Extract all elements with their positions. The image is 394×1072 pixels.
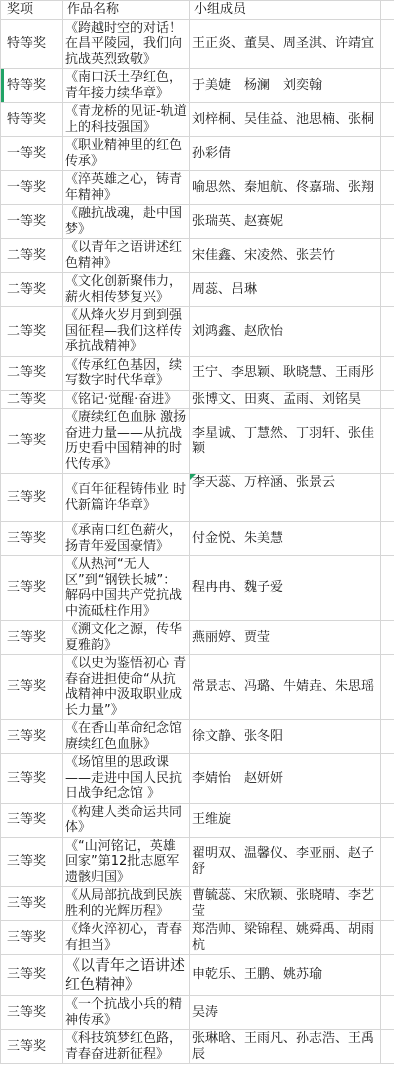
title-cell[interactable]: 《青龙桥的见证-轨道上的科技强国》	[63, 103, 190, 137]
empty-cell[interactable]	[381, 205, 394, 239]
empty-cell[interactable]	[381, 409, 394, 474]
title-cell[interactable]: 《科技筑梦红色路，青春奋进新征程》	[63, 1030, 190, 1064]
title-cell[interactable]: 《从烽火岁月到到强国征程—我们这样传承抗战精神》	[63, 307, 190, 357]
members-cell[interactable]: 李星诚、丁慧然、丁羽轩、张佳颖	[190, 409, 381, 474]
award-text: 二等奖	[7, 282, 46, 297]
award-cell[interactable]: 二等奖	[1, 390, 63, 409]
table-row: 三等奖《构建人类命运共同体》王维旋	[1, 803, 394, 837]
empty-cell[interactable]	[381, 239, 394, 273]
members-text: 燕丽婷、贾莹	[192, 630, 270, 645]
award-text: 一等奖	[7, 214, 46, 229]
empty-cell[interactable]	[381, 356, 394, 390]
award-cell[interactable]: 三等奖	[1, 556, 63, 621]
award-text: 三等奖	[7, 896, 46, 911]
members-text: 吴涛	[192, 1005, 218, 1020]
members-text: 王维旋	[192, 812, 231, 827]
members-cell[interactable]: 徐文静、张冬阳	[190, 720, 381, 754]
award-cell[interactable]: 二等奖	[1, 307, 63, 357]
table-row: 三等奖《以史为鉴悟初心 青春奋进担使命“从抗战精神中汲取职业成长力量”》常景志、…	[1, 655, 394, 720]
award-text: 三等奖	[7, 490, 46, 505]
award-cell[interactable]: 三等奖	[1, 803, 63, 837]
award-cell[interactable]: 三等奖	[1, 754, 63, 804]
table-row: 特等奖《跨越时空的对话！在昌平陵园，我们向抗战英烈致敬》王正炎、董昊、周圣淇、许…	[1, 19, 394, 69]
title-cell[interactable]: 《在香山革命纪念馆赓续红色血脉》	[63, 720, 190, 754]
members-text: 付金悦、朱美慧	[192, 531, 283, 546]
members-cell[interactable]: 吴涛	[190, 996, 381, 1030]
empty-cell[interactable]	[381, 996, 394, 1030]
members-text: 刘鸿鑫、赵欣怡	[192, 324, 283, 339]
table-row: 三等奖《科技筑梦红色路，青春奋进新征程》张琳晗、王雨凡、孙志浩、王禹辰	[1, 1030, 394, 1064]
award-cell[interactable]: 二等奖	[1, 356, 63, 390]
award-cell[interactable]: 三等奖	[1, 655, 63, 720]
members-cell[interactable]: 张琳晗、王雨凡、孙志浩、王禹辰	[190, 1030, 381, 1064]
members-text: 王宁、李思颖、耿晓慧、王雨彤	[192, 365, 374, 380]
award-text: 特等奖	[7, 78, 46, 93]
award-cell[interactable]: 特等奖	[1, 103, 63, 137]
title-text: 《铭记·觉醒·奋进》	[65, 392, 177, 407]
empty-cell[interactable]	[381, 307, 394, 357]
title-text: 《在香山革命纪念馆赓续红色血脉》	[65, 721, 182, 752]
title-text: 《青龙桥的见证-轨道上的科技强国》	[65, 104, 187, 135]
empty-cell[interactable]	[381, 273, 394, 307]
empty-cell[interactable]	[381, 556, 394, 621]
table-row: 特等奖《南口沃土孕红色，青年接力续华章》于美婕 杨澜 刘奕翰	[1, 69, 394, 103]
award-text: 特等奖	[7, 36, 46, 51]
table-row: 三等奖《烽火淬初心，青春有担当》郑浩帅、梁锦程、姚舜禹、胡雨杭	[1, 921, 394, 955]
table-row: 三等奖《承南口红色薪火，扬青年爱国豪情》付金悦、朱美慧	[1, 522, 394, 556]
members-text: 张博文、田爽、孟雨、刘铭昊	[192, 392, 361, 407]
title-text: 《职业精神里的红色传承》	[65, 138, 182, 169]
table-header: 奖项 作品名称 小组成员	[1, 1, 394, 20]
table-row: 三等奖《一个抗战小兵的精神传承》吴涛	[1, 996, 394, 1030]
members-text: 曹毓蕊、宋欣颖、张晓晴、李艺莹	[192, 888, 374, 919]
award-text: 三等奖	[7, 630, 46, 645]
table-row: 二等奖《文化创新聚伟力，薪火相传梦复兴》周蕊、吕琳	[1, 273, 394, 307]
header-award[interactable]: 奖项	[1, 1, 63, 20]
award-text: 三等奖	[7, 930, 46, 945]
award-cell[interactable]: 三等奖	[1, 474, 63, 522]
members-cell[interactable]: 于美婕 杨澜 刘奕翰	[190, 69, 381, 103]
title-cell[interactable]: 《赓续红色血脉 激扬奋进力量——从抗战历史看中国精神的时代传承》	[63, 409, 190, 474]
members-text: 周蕊、吕琳	[192, 282, 257, 297]
members-text: 张瑞英、赵赛妮	[192, 214, 283, 229]
title-cell[interactable]: 《承南口红色薪火，扬青年爱国豪情》	[63, 522, 190, 556]
members-cell[interactable]: 申乾乐、王鹏、姚苏瑜	[190, 955, 381, 996]
table-row: 三等奖《从局部抗战到民族胜利的光辉历程》曹毓蕊、宋欣颖、张晓晴、李艺莹	[1, 887, 394, 921]
table-row: 三等奖《溯文化之源，传华夏雅韵》燕丽婷、贾莹	[1, 621, 394, 655]
award-cell[interactable]: 特等奖	[1, 19, 63, 69]
table-row: 特等奖《青龙桥的见证-轨道上的科技强国》刘梓桐、吴佳益、池思楠、张桐	[1, 103, 394, 137]
members-cell-flagged[interactable]: 李天蕊、万梓涵、张景云	[190, 474, 381, 522]
title-text: 《百年征程铸伟业 时代新篇许华章》	[65, 482, 186, 513]
title-text: 《烽火淬初心，青春有担当》	[65, 922, 182, 953]
award-cell[interactable]: 三等奖	[1, 837, 63, 887]
title-text: 《从热河“无人区”到“钢铁长城”：解码中国共产党抗战中流砥柱作用》	[65, 557, 182, 619]
members-cell[interactable]: 付金悦、朱美慧	[190, 522, 381, 556]
title-text: 《“山河铭记，英雄回家”第12批志愿军遗骸归国》	[65, 839, 179, 885]
empty-cell[interactable]	[381, 754, 394, 804]
members-cell[interactable]: 刘鸿鑫、赵欣怡	[190, 307, 381, 357]
award-text: 三等奖	[7, 771, 46, 786]
members-cell[interactable]: 张博文、田爽、孟雨、刘铭昊	[190, 390, 381, 409]
award-cell[interactable]: 三等奖	[1, 996, 63, 1030]
award-text: 三等奖	[7, 679, 46, 694]
award-cell[interactable]: 三等奖	[1, 720, 63, 754]
title-text: 《从局部抗战到民族胜利的光辉历程》	[65, 888, 182, 919]
award-text: 三等奖	[7, 1039, 46, 1054]
table-row: 一等奖《融抗战魂，赴中国梦》张瑞英、赵赛妮	[1, 205, 394, 239]
members-text: 申乾乐、王鹏、姚苏瑜	[192, 967, 322, 982]
title-cell[interactable]: 《职业精神里的红色传承》	[63, 137, 190, 171]
empty-cell[interactable]	[381, 720, 394, 754]
award-text: 三等奖	[7, 854, 46, 869]
award-text: 三等奖	[7, 580, 46, 595]
table-row: 三等奖《从热河“无人区”到“钢铁长城”：解码中国共产党抗战中流砥柱作用》程冉冉、…	[1, 556, 394, 621]
table-row: 一等奖《职业精神里的红色传承》孙彩倩	[1, 137, 394, 171]
title-text: 《以青年之语讲述红色精神》	[65, 240, 182, 271]
title-cell[interactable]: 《构建人类命运共同体》	[63, 803, 190, 837]
award-cell[interactable]: 三等奖	[1, 887, 63, 921]
empty-cell[interactable]	[381, 655, 394, 720]
empty-cell[interactable]	[381, 103, 394, 137]
header-title[interactable]: 作品名称	[63, 1, 190, 20]
empty-cell[interactable]	[381, 19, 394, 69]
members-cell[interactable]: 张瑞英、赵赛妮	[190, 205, 381, 239]
members-cell[interactable]: 刘梓桐、吴佳益、池思楠、张桐	[190, 103, 381, 137]
members-text: 常景志、冯璐、牛婧垚、朱思瑶	[192, 679, 374, 694]
title-cell[interactable]: 《铭记·觉醒·奋进》	[63, 390, 190, 409]
title-text: 《赓续红色血脉 激扬奋进力量——从抗战历史看中国精神的时代传承》	[65, 410, 186, 472]
title-text: 《南口沃土孕红色，青年接力续华章》	[65, 70, 182, 101]
empty-cell[interactable]	[381, 621, 394, 655]
members-cell[interactable]: 程冉冉、魏子爱	[190, 556, 381, 621]
title-text: 《以史为鉴悟初心 青春奋进担使命“从抗战精神中汲取职业成长力量”》	[65, 656, 186, 718]
table-row: 三等奖《以青年之语讲述红色精神》申乾乐、王鹏、姚苏瑜	[1, 955, 394, 996]
title-text: 《构建人类命运共同体》	[65, 805, 182, 836]
title-cell[interactable]: 《文化创新聚伟力，薪火相传梦复兴》	[63, 273, 190, 307]
title-cell[interactable]: 《一个抗战小兵的精神传承》	[63, 996, 190, 1030]
title-text: 《以青年之语讲述红色精神》	[65, 956, 185, 993]
members-cell[interactable]: 常景志、冯璐、牛婧垚、朱思瑶	[190, 655, 381, 720]
award-cell[interactable]: 三等奖	[1, 621, 63, 655]
title-cell[interactable]: 《溯文化之源，传华夏雅韵》	[63, 621, 190, 655]
members-text: 李星诚、丁慧然、丁羽轩、张佳颖	[192, 426, 374, 457]
members-cell[interactable]: 王维旋	[190, 803, 381, 837]
header-row: 奖项 作品名称 小组成员	[1, 1, 394, 20]
title-cell[interactable]: 《以史为鉴悟初心 青春奋进担使命“从抗战精神中汲取职业成长力量”》	[63, 655, 190, 720]
members-text: 宋佳鑫、宋凌然、张芸竹	[192, 248, 335, 263]
title-text: 《一个抗战小兵的精神传承》	[65, 997, 182, 1028]
title-cell[interactable]: 《以青年之语讲述红色精神》	[63, 239, 190, 273]
title-cell[interactable]: 《百年征程铸伟业 时代新篇许华章》	[63, 474, 190, 522]
title-cell[interactable]: 《跨越时空的对话！在昌平陵园，我们向抗战英烈致敬》	[63, 19, 190, 69]
award-cell[interactable]: 二等奖	[1, 273, 63, 307]
title-text: 《科技筑梦红色路，青春奋进新征程》	[65, 1031, 182, 1062]
empty-cell[interactable]	[381, 474, 394, 522]
members-text: 于美婕 杨澜 刘奕翰	[192, 78, 322, 93]
title-text: 《溯文化之源，传华夏雅韵》	[65, 622, 182, 653]
awards-table: 奖项 作品名称 小组成员 特等奖《跨越时空的对话！在昌平陵园，我们向抗战英烈致敬…	[0, 0, 394, 1064]
members-cell[interactable]: 孙彩倩	[190, 137, 381, 171]
members-text: 程冉冉、魏子爱	[192, 580, 283, 595]
empty-cell[interactable]	[381, 522, 394, 556]
members-cell[interactable]: 李婧怡 赵妍妍	[190, 754, 381, 804]
empty-cell[interactable]	[381, 69, 394, 103]
members-text: 孙彩倩	[192, 146, 231, 161]
title-cell[interactable]: 《南口沃土孕红色，青年接力续华章》	[63, 69, 190, 103]
award-cell[interactable]: 三等奖	[1, 921, 63, 955]
award-cell[interactable]: 二等奖	[1, 409, 63, 474]
award-text: 三等奖	[7, 967, 46, 982]
table-row: 三等奖《在香山革命纪念馆赓续红色血脉》徐文静、张冬阳	[1, 720, 394, 754]
members-text: 翟明双、温馨仪、李亚丽、赵子舒	[192, 846, 374, 877]
award-cell[interactable]: 三等奖	[1, 1030, 63, 1064]
table-row: 二等奖《以青年之语讲述红色精神》宋佳鑫、宋凌然、张芸竹	[1, 239, 394, 273]
award-cell[interactable]: 三等奖	[1, 522, 63, 556]
title-cell[interactable]: 《烽火淬初心，青春有担当》	[63, 921, 190, 955]
title-text: 《跨越时空的对话！在昌平陵园，我们向抗战英烈致敬》	[65, 21, 182, 67]
members-cell[interactable]: 王宁、李思颖、耿晓慧、王雨彤	[190, 356, 381, 390]
title-cell[interactable]: 《以青年之语讲述红色精神》	[63, 955, 190, 996]
award-text: 二等奖	[7, 324, 46, 339]
award-text: 特等奖	[7, 112, 46, 127]
empty-cell[interactable]	[381, 887, 394, 921]
members-cell[interactable]: 翟明双、温馨仪、李亚丽、赵子舒	[190, 837, 381, 887]
title-cell[interactable]: 《场馆里的思政课——走进中国人民抗日战争纪念馆 》	[63, 754, 190, 804]
members-text: 郑浩帅、梁锦程、姚舜禹、胡雨杭	[192, 922, 374, 953]
table-row: 二等奖《赓续红色血脉 激扬奋进力量——从抗战历史看中国精神的时代传承》李星诚、丁…	[1, 409, 394, 474]
title-cell[interactable]: 《传承红色基因，续写数字时代华章》	[63, 356, 190, 390]
members-cell[interactable]: 燕丽婷、贾莹	[190, 621, 381, 655]
members-cell[interactable]: 周蕊、吕琳	[190, 273, 381, 307]
table-row: 三等奖《百年征程铸伟业 时代新篇许华章》李天蕊、万梓涵、张景云	[1, 474, 394, 522]
award-cell[interactable]: 特等奖	[1, 69, 63, 103]
empty-cell[interactable]	[381, 390, 394, 409]
title-cell[interactable]: 《“山河铭记，英雄回家”第12批志愿军遗骸归国》	[63, 837, 190, 887]
title-text: 《融抗战魂，赴中国梦》	[65, 206, 182, 237]
title-cell[interactable]: 《从局部抗战到民族胜利的光辉历程》	[63, 887, 190, 921]
table-row: 二等奖《从烽火岁月到到强国征程—我们这样传承抗战精神》刘鸿鑫、赵欣怡	[1, 307, 394, 357]
members-text: 徐文静、张冬阳	[192, 729, 283, 744]
empty-cell[interactable]	[381, 137, 394, 171]
empty-cell[interactable]	[381, 837, 394, 887]
award-text: 二等奖	[7, 248, 46, 263]
title-cell[interactable]: 《淬英雄之心，铸青年精神》	[63, 171, 190, 205]
members-text: 喻思然、秦旭航、佟嘉瑞、张翔	[192, 180, 374, 195]
table-body: 特等奖《跨越时空的对话！在昌平陵园，我们向抗战英烈致敬》王正炎、董昊、周圣淇、许…	[1, 19, 394, 1064]
members-cell[interactable]: 宋佳鑫、宋凌然、张芸竹	[190, 239, 381, 273]
award-text: 三等奖	[7, 531, 46, 546]
title-text: 《场馆里的思政课——走进中国人民抗日战争纪念馆 》	[65, 755, 182, 801]
empty-cell[interactable]	[381, 1030, 394, 1064]
title-text: 《承南口红色薪火，扬青年爱国豪情》	[65, 523, 182, 554]
members-cell[interactable]: 王正炎、董昊、周圣淇、许靖宜	[190, 19, 381, 69]
table-row: 三等奖《“山河铭记，英雄回家”第12批志愿军遗骸归国》翟明双、温馨仪、李亚丽、赵…	[1, 837, 394, 887]
award-cell[interactable]: 二等奖	[1, 239, 63, 273]
empty-cell[interactable]	[381, 803, 394, 837]
members-cell[interactable]: 喻思然、秦旭航、佟嘉瑞、张翔	[190, 171, 381, 205]
members-text: 张琳晗、王雨凡、孙志浩、王禹辰	[192, 1031, 374, 1062]
header-members[interactable]: 小组成员	[190, 1, 381, 20]
award-cell[interactable]: 一等奖	[1, 205, 63, 239]
members-cell[interactable]: 郑浩帅、梁锦程、姚舜禹、胡雨杭	[190, 921, 381, 955]
award-text: 二等奖	[7, 433, 46, 448]
members-text: 李天蕊、万梓涵、张景云	[192, 475, 335, 490]
row-marker-bar	[1, 69, 4, 102]
award-text: 三等奖	[7, 812, 46, 827]
title-text: 《传承红色基因，续写数字时代华章》	[65, 358, 182, 389]
table-row: 二等奖《铭记·觉醒·奋进》张博文、田爽、孟雨、刘铭昊	[1, 390, 394, 409]
award-text: 一等奖	[7, 146, 46, 161]
empty-cell[interactable]	[381, 955, 394, 996]
header-empty[interactable]	[381, 1, 394, 20]
table-row: 一等奖《淬英雄之心，铸青年精神》喻思然、秦旭航、佟嘉瑞、张翔	[1, 171, 394, 205]
empty-cell[interactable]	[381, 921, 394, 955]
award-cell[interactable]: 一等奖	[1, 171, 63, 205]
title-text: 《淬英雄之心，铸青年精神》	[65, 172, 182, 203]
award-cell[interactable]: 三等奖	[1, 955, 63, 996]
title-cell[interactable]: 《融抗战魂，赴中国梦》	[63, 205, 190, 239]
award-text: 三等奖	[7, 729, 46, 744]
award-cell[interactable]: 一等奖	[1, 137, 63, 171]
award-text: 二等奖	[7, 365, 46, 380]
award-text: 一等奖	[7, 180, 46, 195]
title-text: 《从烽火岁月到到强国征程—我们这样传承抗战精神》	[65, 308, 182, 354]
award-text: 三等奖	[7, 1005, 46, 1020]
award-text: 二等奖	[7, 392, 46, 407]
title-text: 《文化创新聚伟力，薪火相传梦复兴》	[65, 274, 182, 305]
title-cell[interactable]: 《从热河“无人区”到“钢铁长城”：解码中国共产党抗战中流砥柱作用》	[63, 556, 190, 621]
members-text: 刘梓桐、吴佳益、池思楠、张桐	[192, 112, 374, 127]
members-cell[interactable]: 曹毓蕊、宋欣颖、张晓晴、李艺莹	[190, 887, 381, 921]
members-text: 李婧怡 赵妍妍	[192, 771, 283, 786]
table-row: 三等奖《场馆里的思政课——走进中国人民抗日战争纪念馆 》李婧怡 赵妍妍	[1, 754, 394, 804]
members-text: 王正炎、董昊、周圣淇、许靖宜	[192, 36, 374, 51]
empty-cell[interactable]	[381, 171, 394, 205]
table-row: 二等奖《传承红色基因，续写数字时代华章》王宁、李思颖、耿晓慧、王雨彤	[1, 356, 394, 390]
